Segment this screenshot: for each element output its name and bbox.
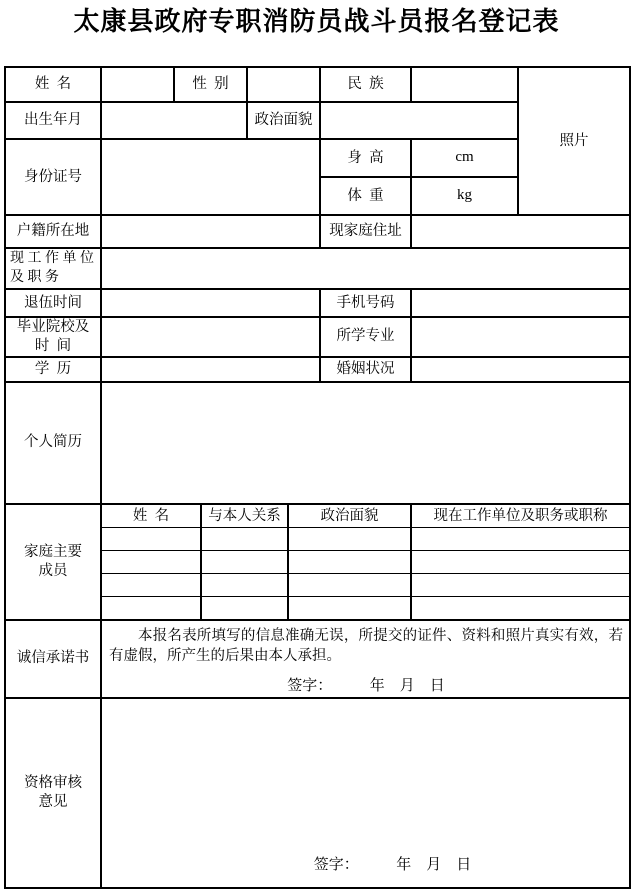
family-workunit-cell bbox=[411, 597, 630, 620]
field-label-name: 姓 名 bbox=[5, 67, 101, 102]
weight-unit-cell: kg bbox=[411, 177, 518, 215]
field-label-work-unit: 现工作单位及职务 bbox=[5, 248, 101, 289]
name-value-cell bbox=[101, 67, 174, 102]
family-name-cell bbox=[101, 574, 201, 597]
registration-form-page: 太康县政府专职消防员战斗员报名登记表 姓 名 性 别 民 族 照片 出生年月 政… bbox=[0, 4, 633, 894]
family-political-cell bbox=[288, 574, 411, 597]
field-label-major: 所学专业 bbox=[320, 317, 411, 357]
field-label-phone: 手机号码 bbox=[320, 289, 411, 317]
family-workunit-cell bbox=[411, 574, 630, 597]
hukou-value-cell bbox=[101, 215, 320, 248]
education-value-cell bbox=[101, 357, 320, 382]
field-label-political: 政治面貌 bbox=[247, 102, 320, 139]
field-label-review: 资格审核 意见 bbox=[5, 698, 101, 888]
registration-table: 姓 名 性 别 民 族 照片 出生年月 政治面貌 身份证号 身 高 cm 体 重… bbox=[4, 66, 631, 889]
family-name-cell bbox=[101, 597, 201, 620]
field-label-birth: 出生年月 bbox=[5, 102, 101, 139]
school-value-cell bbox=[101, 317, 320, 357]
form-title: 太康县政府专职消防员战斗员报名登记表 bbox=[0, 4, 633, 38]
row-resume: 个人简历 bbox=[5, 382, 630, 504]
work-unit-value-cell bbox=[101, 248, 630, 289]
row-review: 资格审核 意见 签字： 年 月 日 bbox=[5, 698, 630, 888]
family-col-relation: 与本人关系 bbox=[201, 504, 288, 528]
field-label-height: 身 高 bbox=[320, 139, 411, 177]
family-political-cell bbox=[288, 551, 411, 574]
row-pledge: 诚信承诺书 本报名表所填写的信息准确无误，所提交的证件、资料和照片真实有效，若有… bbox=[5, 620, 630, 698]
family-header-row: 家庭主要 成员 姓 名 与本人关系 政治面貌 现在工作单位及职务或职称 bbox=[5, 504, 630, 528]
major-value-cell bbox=[411, 317, 630, 357]
pledge-signature-line: 签字： 年 月 日 bbox=[109, 677, 623, 697]
row-discharge: 退伍时间 手机号码 bbox=[5, 289, 630, 317]
field-label-gender: 性 别 bbox=[174, 67, 247, 102]
family-relation-cell bbox=[201, 551, 288, 574]
field-label-home-address: 现家庭住址 bbox=[320, 215, 411, 248]
family-relation-cell bbox=[201, 597, 288, 620]
family-workunit-cell bbox=[411, 551, 630, 574]
row-name: 姓 名 性 别 民 族 照片 bbox=[5, 67, 630, 102]
ethnicity-value-cell bbox=[411, 67, 518, 102]
family-workunit-cell bbox=[411, 528, 630, 551]
family-political-cell bbox=[288, 597, 411, 620]
phone-value-cell bbox=[411, 289, 630, 317]
pledge-text: 本报名表所填写的信息准确无误，所提交的证件、资料和照片真实有效，若有虚假，所产生… bbox=[109, 626, 623, 666]
pledge-cell: 本报名表所填写的信息准确无误，所提交的证件、资料和照片真实有效，若有虚假，所产生… bbox=[101, 620, 630, 698]
row-education: 学 历 婚姻状况 bbox=[5, 357, 630, 382]
marital-value-cell bbox=[411, 357, 630, 382]
field-label-weight: 体 重 bbox=[320, 177, 411, 215]
row-school: 毕业院校及 时 间 所学专业 bbox=[5, 317, 630, 357]
family-name-cell bbox=[101, 551, 201, 574]
home-address-value-cell bbox=[411, 215, 630, 248]
family-relation-cell bbox=[201, 528, 288, 551]
field-label-hukou: 户籍所在地 bbox=[5, 215, 101, 248]
field-label-school: 毕业院校及 时 间 bbox=[5, 317, 101, 357]
row-work-unit: 现工作单位及职务 bbox=[5, 248, 630, 289]
photo-cell: 照片 bbox=[518, 67, 630, 215]
field-label-family: 家庭主要 成员 bbox=[5, 504, 101, 620]
family-name-cell bbox=[101, 528, 201, 551]
field-label-pledge: 诚信承诺书 bbox=[5, 620, 101, 698]
gender-value-cell bbox=[247, 67, 320, 102]
id-value-cell bbox=[101, 139, 320, 215]
political-value-cell bbox=[320, 102, 518, 139]
family-col-workunit: 现在工作单位及职务或职称 bbox=[411, 504, 630, 528]
review-cell: 签字： 年 月 日 bbox=[101, 698, 630, 888]
family-political-cell bbox=[288, 528, 411, 551]
field-label-ethnicity: 民 族 bbox=[320, 67, 411, 102]
field-label-discharge: 退伍时间 bbox=[5, 289, 101, 317]
field-label-marital: 婚姻状况 bbox=[320, 357, 411, 382]
row-hukou: 户籍所在地 现家庭住址 bbox=[5, 215, 630, 248]
field-label-id: 身份证号 bbox=[5, 139, 101, 215]
family-col-name: 姓 名 bbox=[101, 504, 201, 528]
review-signature-line: 签字： 年 月 日 bbox=[102, 856, 629, 887]
field-label-education: 学 历 bbox=[5, 357, 101, 382]
family-col-political: 政治面貌 bbox=[288, 504, 411, 528]
resume-value-cell bbox=[101, 382, 630, 504]
field-label-resume: 个人简历 bbox=[5, 382, 101, 504]
discharge-value-cell bbox=[101, 289, 320, 317]
height-unit-cell: cm bbox=[411, 139, 518, 177]
family-relation-cell bbox=[201, 574, 288, 597]
birth-value-cell bbox=[101, 102, 247, 139]
